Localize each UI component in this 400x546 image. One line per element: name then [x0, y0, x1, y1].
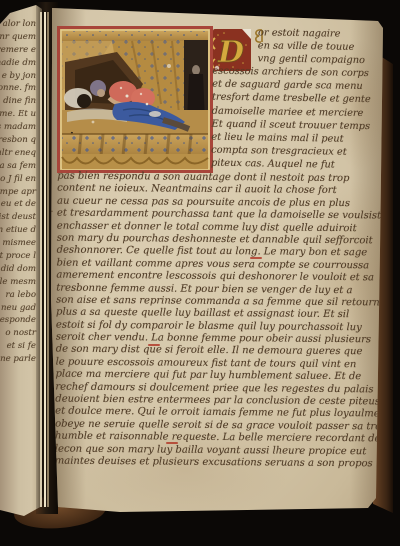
facing-text-fragment: s madam — [0, 121, 38, 134]
facing-text-fragment: le mesm — [0, 276, 38, 289]
facing-text-fragment: alor lon — [0, 18, 38, 31]
facing-text-fragment: et si fe — [0, 340, 38, 353]
facing-text-fragment: mismee — [0, 237, 38, 250]
facing-text-fragment: uultr eneq — [0, 147, 38, 160]
facing-text-fragment: remere e — [0, 44, 38, 57]
folio-number: 12 — [360, 10, 372, 21]
facing-text-fragment: ra lebo — [0, 289, 38, 302]
miniature-lovers-on-bed — [57, 26, 213, 173]
facing-text-fragment: m etiue d — [0, 224, 38, 237]
facing-page-text: alor lonnr quemremere enadie dme by jono… — [0, 18, 38, 366]
facing-text-fragment: neu gad — [0, 302, 38, 315]
facing-text-fragment: onne. fm — [0, 82, 38, 95]
facing-text-fragment: esponde — [0, 314, 38, 327]
rubric-underline — [148, 344, 160, 346]
facing-text-fragment: me. Et u — [0, 108, 38, 121]
facing-text-fragment: eu et de — [0, 198, 38, 211]
rubric-underline — [250, 257, 262, 259]
text-line: piteux cas. Auquel ne fut — [211, 157, 385, 173]
leaf-edge — [40, 12, 42, 507]
facing-text-fragment: tresbon q — [0, 134, 38, 147]
facing-text-fragment: o J fil en — [0, 173, 38, 186]
body-text: pas bien respondu a son auantage dont il… — [55, 171, 388, 471]
facing-text-fragment: mpe apr — [0, 186, 38, 199]
text-column: or estoit nagaireen sa ville de touuevng… — [211, 26, 387, 173]
manuscript-photograph: alor lonnr quemremere enadie dme by jono… — [0, 0, 400, 546]
facing-text-fragment: uist deust — [0, 211, 38, 224]
facing-text-fragment: o nostr — [0, 327, 38, 340]
facing-text-fragment: nadie dm — [0, 57, 38, 70]
facing-text-fragment: t proce l — [0, 250, 38, 263]
facing-text-fragment: did dom — [0, 263, 38, 276]
facing-text-fragment: nr quem — [0, 31, 38, 44]
facing-text-fragment: dine fin — [0, 95, 38, 108]
facing-text-fragment: o a sa fem — [0, 160, 38, 173]
facing-text-fragment: e by jon — [0, 70, 38, 83]
leaf-edge — [47, 12, 49, 507]
facing-text-fragment: e ne parle — [0, 353, 38, 366]
rubric-underline — [166, 442, 178, 444]
leaf-edge — [44, 12, 46, 507]
manuscript-page: 12 — [0, 0, 400, 546]
